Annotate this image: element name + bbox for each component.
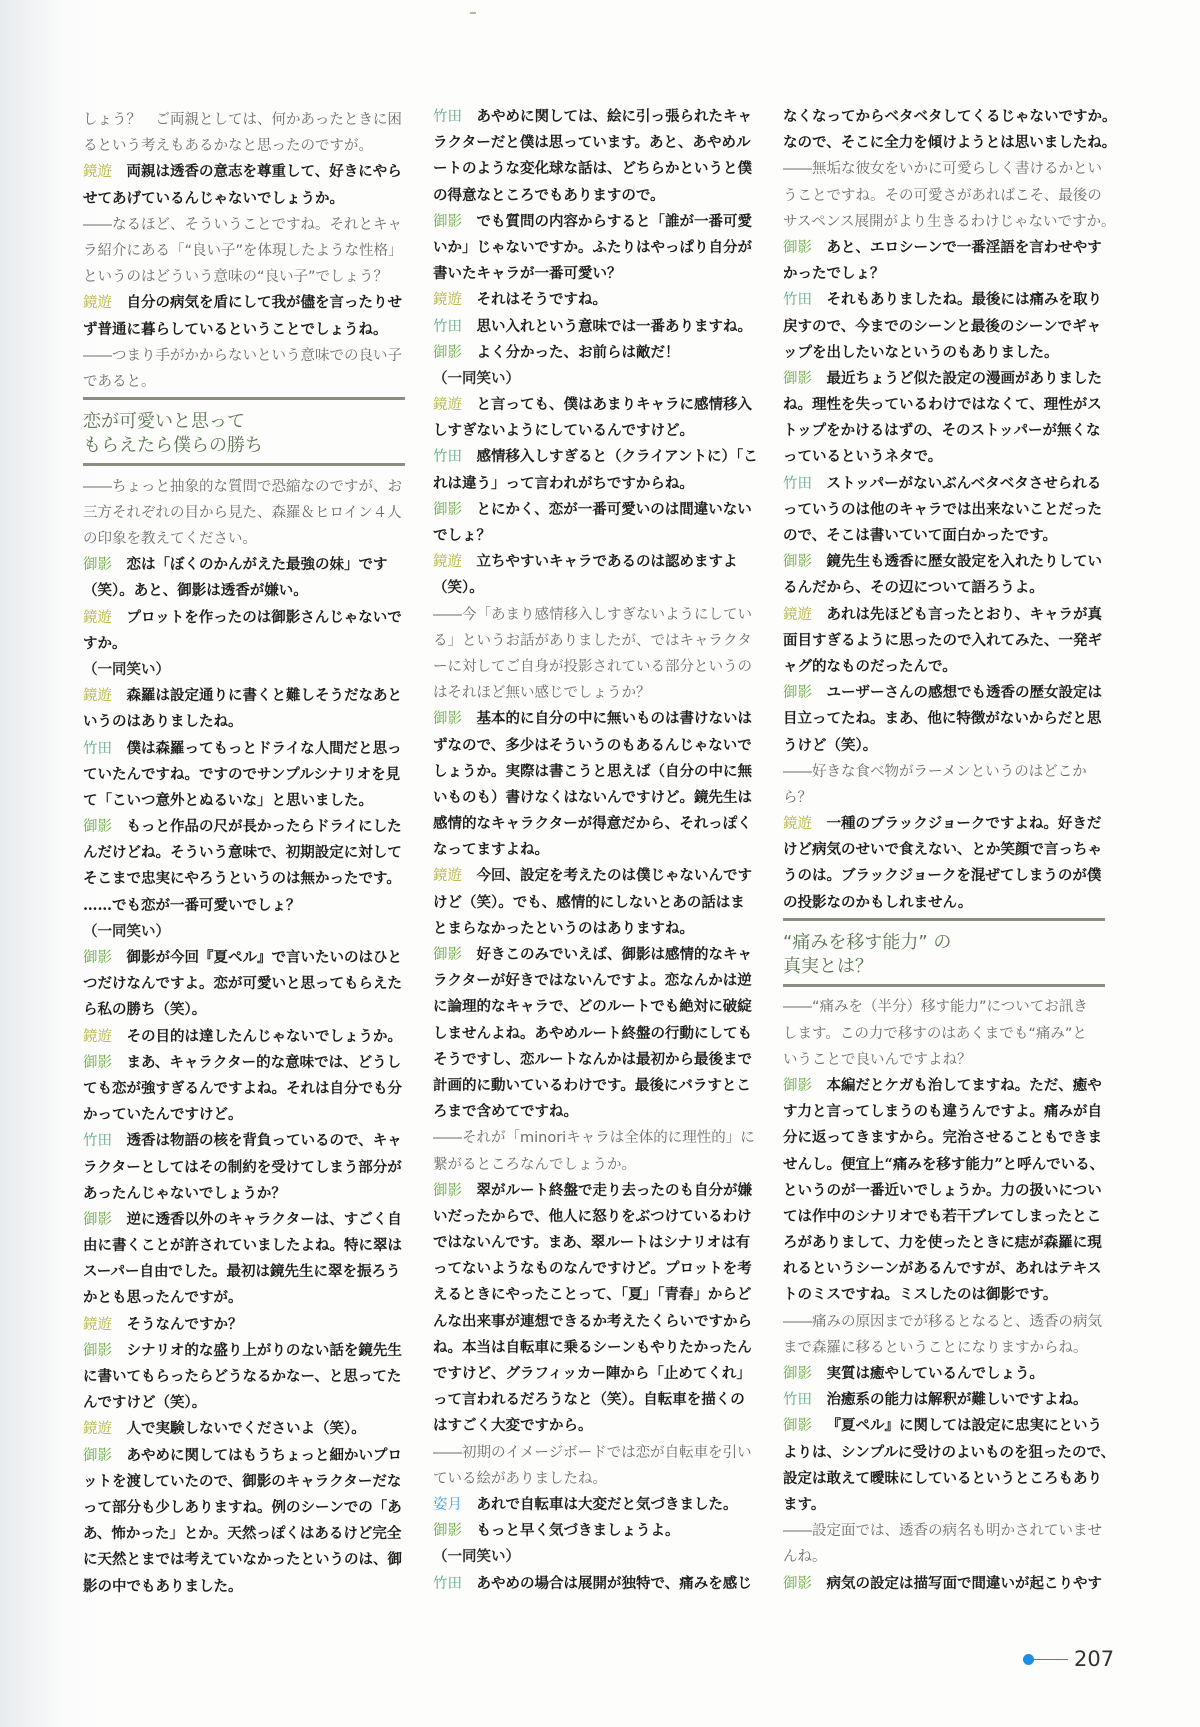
text-line: かったでしょ？ bbox=[783, 261, 1107, 287]
speaker-label: 鏡遊 bbox=[783, 607, 812, 623]
text-line: 鏡遊あれは先ほども言ったとおり、キャラが真 bbox=[783, 602, 1107, 628]
text-line: はそれほど無い感じでしょうか？ bbox=[433, 680, 757, 706]
text-line: んですけど（笑）。 bbox=[83, 1390, 407, 1416]
speaker-remark: 竹田それもありましたね。最後には痛みを取り戻すので、今までのシーンと最後のシーン… bbox=[783, 287, 1107, 366]
line-text: （笑）。あと、御影は透香が嫌い。 bbox=[83, 582, 308, 599]
text-line: 御影実質は癒やしているんでしょう。 bbox=[783, 1361, 1107, 1387]
text-line: 竹田あやめに関しては、絵に引っ張られたキャ bbox=[433, 104, 757, 130]
text-line: そうですし、恋ルートなんかは最初から最後まで bbox=[433, 1047, 757, 1073]
line-text: ね。本当は自転車に乗るシーンもやりたかったん bbox=[433, 1339, 752, 1356]
speaker-remark: 御影まあ、キャラクター的な意味では、どうしても恋が強すぎるんですよね。それは自分… bbox=[83, 1050, 407, 1129]
speaker-label: 御影 bbox=[783, 1366, 812, 1382]
line-text: 三方それぞれの目から見た、森羅＆ヒロイン４人 bbox=[83, 505, 402, 521]
line-text: っていうのは他のキャラでは出来ないことだった bbox=[783, 501, 1102, 518]
text-line: せてあげているんじゃないでしょうか。 bbox=[83, 186, 407, 212]
line-text: っているというネタで。 bbox=[783, 448, 942, 465]
text-line: ても恋が強すぎるんですよね。それは自分でも分 bbox=[83, 1076, 407, 1102]
text-line: っていうのは他のキャラでは出来ないことだった bbox=[783, 497, 1107, 523]
speaker-label: 竹田 bbox=[83, 741, 112, 757]
interviewer-question: ――それが「minoriキャラは全体的に理性的」に繋がるところなんでしょうか。 bbox=[433, 1125, 757, 1177]
line-text: あったんじゃないでしょうか？ bbox=[83, 1185, 286, 1202]
speaker-label: 鏡遊 bbox=[783, 816, 812, 832]
speaker-label: 鏡遊 bbox=[433, 397, 462, 413]
section-rule-bottom bbox=[83, 463, 405, 466]
text-line: 御影基本的に自分の中に無いものは書けないは bbox=[433, 706, 757, 732]
text-line: 鏡遊人で実験しないでくださいよ（笑）。 bbox=[83, 1416, 407, 1442]
line-text: そうなんですか？ bbox=[127, 1316, 243, 1333]
speaker-remark: 御影御影が今回『夏ペル』で言いたいのはひとつだけなんですよ。恋が可愛いと思っても… bbox=[83, 945, 407, 1024]
text-line: 鏡遊プロットを作ったのは御影さんじゃないで bbox=[83, 605, 407, 631]
line-text: します。この力で移すのはあくまでも“痛み”と bbox=[783, 1026, 1087, 1042]
line-text: 透香は物語の核を背負っているので、キャ bbox=[127, 1132, 402, 1149]
text-line: ートのような変化球な話は、どちらかというと僕 bbox=[433, 156, 757, 182]
line-text: ――設定面では、透香の病名も明かされていませ bbox=[783, 1523, 1102, 1539]
line-text: もっと早く気づきましょうよ。 bbox=[477, 1522, 680, 1539]
line-text: ――好きな食べ物がラーメンというのはどこか bbox=[783, 764, 1087, 780]
text-line: って言われるだろうなと（笑）。自転車を描くの bbox=[433, 1387, 757, 1413]
text-line: いものも）書けなくはないんですけど。鏡先生は bbox=[433, 785, 757, 811]
speaker-remark: 御影本編だとケガも治してますね。ただ、癒やす力と言ってしまうのも違うんですよ。痛… bbox=[783, 1073, 1107, 1309]
text-line: 御影まあ、キャラクター的な意味では、どうし bbox=[83, 1050, 407, 1076]
line-text: 病気の設定は描写面で間違いが起こりやす bbox=[827, 1575, 1103, 1592]
speaker-label: 御影 bbox=[83, 819, 112, 835]
speaker-remark: 竹田僕は森羅ってもっとドライな人間だと思っていたんですね。ですのでサンプルシナリ… bbox=[83, 736, 407, 815]
line-text: 繋がるところなんでしょうか。 bbox=[433, 1157, 636, 1173]
speaker-remark: 御影『夏ペル』に関しては設定に忠実にというよりは、シンプルに受けのよいものを狙っ… bbox=[783, 1413, 1107, 1518]
text-line: ずなので、多少はそういうのもあるんじゃないで bbox=[433, 733, 757, 759]
interviewer-question: ――今「あまり感情移入しすぎないようにしている」というお話がありましたが、ではキ… bbox=[433, 602, 757, 707]
line-text: 一種のブラックジョークですよね。好きだ bbox=[827, 815, 1102, 832]
text-line: 御影本編だとケガも治してますね。ただ、癒や bbox=[783, 1073, 1107, 1099]
speaker-remark: 御影シナリオ的な盛り上がりのない話を鏡先生に書いてもらったらどうなるかなー、と思… bbox=[83, 1338, 407, 1417]
interviewer-question: ――ちょっと抽象的な質問で恐縮なのですが、お三方それぞれの目から見た、森羅＆ヒロ… bbox=[83, 474, 407, 553]
speaker-remark: 御影恋は「ぼくのかんがえた最強の妹」です（笑）。あと、御影は透香が嫌い。 bbox=[83, 552, 407, 604]
line-text: かったでしょ？ bbox=[783, 265, 885, 282]
line-text: ットを渡していたので、御影のキャラクターだな bbox=[83, 1473, 401, 1490]
line-text: ってないようなものなんですけど。プロットを考 bbox=[433, 1260, 752, 1277]
line-text: んですけど（笑）。 bbox=[83, 1394, 206, 1411]
text-line: ャグ的なものだったんで。 bbox=[783, 654, 1107, 680]
text-line: なってますよね。 bbox=[433, 837, 757, 863]
speaker-remark: 御影よく分かった、お前らは敵だ！ bbox=[433, 340, 757, 366]
line-text: いものも）書けなくはないんですけど。鏡先生は bbox=[433, 789, 752, 806]
line-text: に天然とまでは考えていなかったというのは、御 bbox=[83, 1551, 402, 1568]
section-heading: “痛みを移す能力” の真実とは？ bbox=[783, 931, 951, 979]
speaker-label: 竹田 bbox=[433, 109, 462, 125]
text-line: ――設定面では、透香の病名も明かされていませ bbox=[783, 1518, 1107, 1544]
interviewer-question: ――設定面では、透香の病名も明かされていませんね。 bbox=[783, 1518, 1107, 1570]
text-column-3: なくなってからベタベタしてくるじゃないですか。なので、そこに全力を傾けようとは思… bbox=[783, 104, 1107, 1597]
text-line: ――初期のイメージボードでは恋が自転車を引い bbox=[433, 1440, 757, 1466]
text-line: ――好きな食べ物がラーメンというのはどこか bbox=[783, 759, 1107, 785]
speaker-remark: 御影もっと作品の尺が長かったらドライにしたんだけどね。そういう意味で、初期設定に… bbox=[83, 814, 407, 919]
text-line: つだけなんですよ。恋が可愛いと思ってもらえた bbox=[83, 971, 407, 997]
text-line: 御影あやめに関してはもうちょっと細かいプロ bbox=[83, 1443, 407, 1469]
text-line: ――痛みの原因までが移るとなると、透香の病気 bbox=[783, 1309, 1107, 1335]
line-text: あれは先ほども言ったとおり、キャラが真 bbox=[827, 606, 1103, 623]
text-line: 御影でも質問の内容からすると「誰が一番可愛 bbox=[433, 209, 757, 235]
line-text: ――ちょっと抽象的な質問で恐縮なのですが、お bbox=[83, 479, 402, 495]
page-number: 207 bbox=[1074, 1646, 1114, 1672]
line-text: の得意なところでもありますので。 bbox=[433, 187, 665, 204]
text-line: 竹田あやめの場合は展開が独特で、痛みを感じ bbox=[433, 1571, 757, 1597]
line-text: 好きこのみでいえば、御影は感情的なキャ bbox=[477, 946, 753, 963]
line-text: と言っても、僕はあまりキャラに感情移入 bbox=[477, 396, 753, 413]
speaker-remark: なくなってからベタベタしてくるじゃないですか。なので、そこに全力を傾けようとは思… bbox=[783, 104, 1107, 156]
text-line: ――無垢な彼女をいかに可愛らしく書けるかとい bbox=[783, 156, 1107, 182]
line-text: プロットを作ったのは御影さんじゃないで bbox=[127, 609, 402, 626]
text-line: ……でも恋が一番可愛いでしょ？ bbox=[83, 893, 407, 919]
text-line: しょうか。実際は書こうと思えば（自分の中に無 bbox=[433, 759, 757, 785]
speaker-remark: 竹田思い入れという意味では一番ありますね。 bbox=[433, 314, 757, 340]
text-line: 御影あと、エロシーンで一番淫語を言わせやす bbox=[783, 235, 1107, 261]
line-text: ろがありまして、力を使ったときに痣が森羅に現 bbox=[783, 1234, 1102, 1251]
line-text: 思い入れという意味では一番ありますね。 bbox=[477, 318, 753, 335]
speaker-remark: 御影とにかく、恋が一番可愛いのは間違いないでしょ？ bbox=[433, 497, 757, 549]
text-line: ら私の勝ち（笑）。 bbox=[83, 997, 407, 1023]
speaker-label: 竹田 bbox=[433, 449, 462, 465]
stage-direction: （一同笑い） bbox=[433, 1544, 757, 1570]
text-line: 設定は敢えて曖昧にしているというところもあり bbox=[783, 1466, 1107, 1492]
line-text: ートのような変化球な話は、どちらかというと僕 bbox=[433, 160, 752, 177]
speaker-label: 御影 bbox=[433, 947, 462, 963]
text-line: んね。 bbox=[783, 1544, 1107, 1570]
speaker-label: 御影 bbox=[433, 1523, 462, 1539]
text-line: 御影『夏ペル』に関しては設定に忠実にという bbox=[783, 1413, 1107, 1439]
line-text: す力と言ってしまうのも違うんですよ。痛みが自 bbox=[783, 1103, 1102, 1120]
line-text: うけど（笑）。 bbox=[783, 737, 877, 754]
line-text: ます。 bbox=[783, 1496, 825, 1513]
speaker-remark: 鏡遊それはそうですね。 bbox=[433, 287, 757, 313]
interviewer-question: ――“痛みを（半分）移す能力”についてお訊きします。この力で移すのはあくまでも“… bbox=[783, 994, 1107, 1073]
line-text: の印象を教えてください。 bbox=[83, 531, 257, 547]
text-line: 書いたキャラが一番可愛い？ bbox=[433, 261, 757, 287]
text-line: ――ちょっと抽象的な質問で恐縮なのですが、お bbox=[83, 474, 407, 500]
line-text: に論理的なキャラで、どのルートでも絶対に破綻 bbox=[433, 998, 752, 1015]
speaker-label: 御影 bbox=[433, 502, 462, 518]
text-line: そこまで忠実にやろうというのは無かったです。 bbox=[83, 866, 407, 892]
text-line: あ、怖かった」とか。天然っぽくはあるけど完全 bbox=[83, 1521, 407, 1547]
text-line: 姿月あれで自転車は大変だと気づきました。 bbox=[433, 1492, 757, 1518]
speaker-label: 鏡遊 bbox=[433, 868, 462, 884]
text-line: します。この力で移すのはあくまでも“痛み”と bbox=[783, 1021, 1107, 1047]
line-text: とまらなかったというのはありますね。 bbox=[433, 920, 694, 937]
line-text: しませんよね。あやめルート終盤の行動にしても bbox=[433, 1025, 752, 1042]
section-heading-block: 恋が可愛いと思ってもらえたら僕らの勝ち bbox=[83, 395, 407, 474]
line-text: あ、怖かった」とか。天然っぽくはあるけど完全 bbox=[83, 1525, 401, 1542]
text-line: ――今「あまり感情移入しすぎないようにしてい bbox=[433, 602, 757, 628]
speaker-label: 御影 bbox=[783, 1078, 812, 1094]
text-line: よりは、シンプルに受けのよいものを狙ったので、 bbox=[783, 1440, 1107, 1466]
line-text: 恋は「ぼくのかんがえた最強の妹」です bbox=[127, 556, 388, 573]
text-line: いか」じゃないですか。ふたりはやっぱり自分が bbox=[433, 235, 757, 261]
line-text: けど（笑）。でも、感情的にしないとあの話はま bbox=[433, 894, 745, 911]
text-line: 竹田思い入れという意味では一番ありますね。 bbox=[433, 314, 757, 340]
text-line: けど（笑）。でも、感情的にしないとあの話はま bbox=[433, 890, 757, 916]
line-text: いか」じゃないですか。ふたりはやっぱり自分が bbox=[433, 239, 752, 256]
line-text: ーに対してご自身が投影されている部分というの bbox=[433, 659, 752, 675]
text-line: 繋がるところなんでしょうか。 bbox=[433, 1152, 757, 1178]
text-line: に書いてもらったらどうなるかなー、と思ってた bbox=[83, 1364, 407, 1390]
line-text: なってますよね。 bbox=[433, 841, 549, 858]
speaker-remark: 竹田感情移入しすぎると（クライアントに）「これは違う」って言われがちですからね。 bbox=[433, 444, 757, 496]
line-text: 感情移入しすぎると（クライアントに）「こ bbox=[477, 448, 758, 465]
speaker-label: 姿月 bbox=[433, 1497, 462, 1513]
line-text: いだったからで、他人に怒りをぶつけているわけ bbox=[433, 1208, 752, 1225]
line-text: ラ紹介にある「“良い子”を体現したような性格」 bbox=[83, 243, 403, 259]
line-text: それもありましたね。最後には痛みを取り bbox=[827, 291, 1103, 308]
speaker-remark: 竹田治癒系の能力は解釈が難しいですよね。 bbox=[783, 1387, 1107, 1413]
line-text: つだけなんですよ。恋が可愛いと思ってもらえた bbox=[83, 975, 402, 992]
line-text: トのミスですね。ミスしたのは御影です。 bbox=[783, 1286, 1057, 1303]
speaker-label: 御影 bbox=[433, 345, 462, 361]
speaker-remark: 御影鏡先生も透香に歴女設定を入れたりしているんだから、その辺について語ろうよ。 bbox=[783, 549, 1107, 601]
speaker-label: 御影 bbox=[83, 950, 112, 966]
line-text: 『夏ペル』に関しては設定に忠実にという bbox=[827, 1417, 1103, 1434]
line-text: んな出来事が連想できるか考えたくらいですから bbox=[433, 1313, 752, 1330]
line-text: せんし。便宜上“痛みを移す能力”と呼んでいる、 bbox=[783, 1156, 1104, 1173]
line-text: なので、そこに全力を傾けようとは思いましたね。 bbox=[783, 134, 1116, 151]
text-line: あったんじゃないでしょうか？ bbox=[83, 1181, 407, 1207]
line-text: ――痛みの原因までが移るとなると、透香の病気 bbox=[783, 1314, 1102, 1330]
line-text: れは違う」って言われがちですからね。 bbox=[433, 475, 694, 492]
line-text: （一同笑い） bbox=[83, 923, 170, 940]
line-text: 書いたキャラが一番可愛い？ bbox=[433, 265, 622, 282]
line-text: スーパー自由でした。最初は鏡先生に翠を振ろう bbox=[83, 1263, 401, 1280]
speaker-label: 御影 bbox=[83, 1055, 112, 1071]
speaker-label: 御影 bbox=[783, 1576, 812, 1592]
speaker-remark: 鏡遊今回、設定を考えたのは僕じゃないんですけど（笑）。でも、感情的にしないとあの… bbox=[433, 863, 757, 942]
line-text: ね。理性を失っているわけではなくて、理性がス bbox=[783, 396, 1102, 413]
line-text: 逆に透香以外のキャラクターは、すごく自 bbox=[127, 1211, 402, 1228]
stage-direction: （一同笑い） bbox=[83, 919, 407, 945]
speaker-label: 鏡遊 bbox=[433, 292, 462, 308]
page-marker-line bbox=[1030, 1659, 1068, 1661]
line-text: まで森羅に移るということになりますからね。 bbox=[783, 1340, 1088, 1356]
text-line: 御影病気の設定は描写面で間違いが起こりやす bbox=[783, 1571, 1107, 1597]
line-text: うのは。ブラックジョークを混ぜてしまうのが僕 bbox=[783, 867, 1101, 884]
line-text: んね。 bbox=[783, 1549, 827, 1565]
line-text: でも質問の内容からすると「誰が一番可愛 bbox=[477, 213, 753, 230]
speaker-remark: 御影あやめに関してはもうちょっと細かいプロットを渡していたので、御影のキャラクタ… bbox=[83, 1443, 407, 1600]
speaker-remark: 御影翠がルート終盤で走り去ったのも自分が嫌いだったからで、他人に怒りをぶつけてい… bbox=[433, 1178, 757, 1440]
text-line: の投影なのかもしれません。 bbox=[783, 890, 1107, 916]
speaker-remark: 御影もっと早く気づきましょうよ。 bbox=[433, 1518, 757, 1544]
section-heading: 恋が可愛いと思ってもらえたら僕らの勝ち bbox=[83, 410, 263, 458]
speaker-label: 鏡遊 bbox=[83, 1317, 112, 1333]
line-text: 計画的に動いているわけです。最後にバラすとこ bbox=[433, 1077, 751, 1094]
text-line: んな出来事が連想できるか考えたくらいですから bbox=[433, 1309, 757, 1335]
line-text: ら私の勝ち（笑）。 bbox=[83, 1001, 206, 1018]
text-line: 御影ユーザーさんの感想でも透香の歴女設定は bbox=[783, 680, 1107, 706]
interviewer-question: ――なるほど、そういうことですね。それとキャラ紹介にある「“良い子”を体現したよ… bbox=[83, 212, 407, 291]
line-text: いうのはありましたね。 bbox=[83, 713, 243, 730]
stage-direction: （一同笑い） bbox=[433, 366, 757, 392]
line-text: ――今「あまり感情移入しすぎないようにしてい bbox=[433, 607, 752, 623]
text-line: ラクターとしてはその制約を受けてしまう部分が bbox=[83, 1155, 407, 1181]
line-text: かっていたんですけど。 bbox=[83, 1106, 243, 1123]
text-line: 鏡遊森羅は設定通りに書くと難しそうだなあと bbox=[83, 683, 407, 709]
text-line: んだけどね。そういう意味で、初期設定に対して bbox=[83, 840, 407, 866]
speaker-remark: 鏡遊立ちやすいキャラであるのは認めますよ（笑）。 bbox=[433, 549, 757, 601]
text-line: 御影よく分かった、お前らは敵だ！ bbox=[433, 340, 757, 366]
speaker-label: 竹田 bbox=[783, 292, 812, 308]
line-text: ずなので、多少はそういうのもあるんじゃないで bbox=[433, 737, 752, 754]
top-registration-mark bbox=[470, 12, 476, 14]
speaker-label: 竹田 bbox=[83, 1133, 112, 1149]
speaker-label: 竹田 bbox=[433, 319, 462, 335]
text-line: るという考えもあるかなと思ったのですが。 bbox=[83, 133, 407, 159]
speaker-label: 鏡遊 bbox=[83, 295, 112, 311]
text-line: （一同笑い） bbox=[83, 919, 407, 945]
line-text: 翠がルート終盤で走り去ったのも自分が嫌 bbox=[477, 1182, 753, 1199]
line-text: そこまで忠実にやろうというのは無かったです。 bbox=[83, 870, 401, 887]
line-text: 面目すぎるように思ったので入れてみた、一発ギ bbox=[783, 632, 1102, 649]
text-line: ラクターだと僕は思っています。あと、あやめル bbox=[433, 130, 757, 156]
line-text: （笑）。 bbox=[433, 579, 484, 596]
speaker-label: 御影 bbox=[83, 1343, 112, 1359]
speaker-label: 御影 bbox=[433, 214, 462, 230]
line-text: 僕は森羅ってもっとドライな人間だと思っ bbox=[127, 740, 402, 757]
text-line: えるときにやったことって、「夏」「青春」からど bbox=[433, 1282, 757, 1308]
speaker-label: 御影 bbox=[83, 557, 112, 573]
section-heading-line: 恋が可愛いと思って bbox=[83, 410, 263, 434]
line-text: るんだから、その辺について語ろうよ。 bbox=[783, 579, 1044, 596]
text-line: 御影好きこのみでいえば、御影は感情的なキャ bbox=[433, 942, 757, 968]
stage-direction: （一同笑い） bbox=[83, 657, 407, 683]
text-line: 目立ってたね。まあ、他に特徴がないからだと思 bbox=[783, 706, 1107, 732]
line-text: ――それが「minoriキャラは全体的に理性的」に bbox=[433, 1130, 755, 1146]
text-line: 竹田それもありましたね。最後には痛みを取り bbox=[783, 287, 1107, 313]
text-line: 由に書くことが許されていましたよね。特に翠は bbox=[83, 1233, 407, 1259]
text-line: ます。 bbox=[783, 1492, 1107, 1518]
text-line: スーパー自由でした。最初は鏡先生に翠を振ろう bbox=[83, 1259, 407, 1285]
text-line: かっていたんですけど。 bbox=[83, 1102, 407, 1128]
line-text: まあ、キャラクター的な意味では、どうし bbox=[127, 1054, 402, 1071]
section-heading-line: もらえたら僕らの勝ち bbox=[83, 434, 263, 458]
text-line: であると。 bbox=[83, 369, 407, 395]
speaker-remark: 御影病気の設定は描写面で間違いが起こりやす bbox=[783, 1571, 1107, 1597]
line-text: というのが一番近いでしょうか。力の扱いについ bbox=[783, 1182, 1102, 1199]
text-line: （笑）。 bbox=[433, 575, 757, 601]
text-line: しすぎないようにしているんですけど。 bbox=[433, 418, 757, 444]
line-text: 本編だとケガも治してますね。ただ、癒や bbox=[827, 1077, 1102, 1094]
line-text: サスペンス展開がより生きるわけじゃないですか。 bbox=[783, 214, 1115, 230]
interviewer-question: ――無垢な彼女をいかに可愛らしく書けるかということですね。その可愛さがあればこそ… bbox=[783, 156, 1107, 235]
line-text: 実質は癒やしているんでしょう。 bbox=[827, 1365, 1045, 1382]
text-line: いうことで良いんですよね？ bbox=[783, 1047, 1107, 1073]
line-text: る」というお話がありましたが、ではキャラクタ bbox=[433, 633, 752, 649]
text-line: の印象を教えてください。 bbox=[83, 526, 407, 552]
line-text: ている絵がありましたね。 bbox=[433, 1471, 607, 1487]
text-line: 鏡遊自分の病気を盾にして我が儘を言ったりせ bbox=[83, 290, 407, 316]
text-line: けど病気のせいで食えない、とか笑顔で言っちゃ bbox=[783, 837, 1107, 863]
line-text: 立ちやすいキャラであるのは認めますよ bbox=[477, 553, 738, 570]
line-text: というのはどういう意味の“良い子”でしょう？ bbox=[83, 269, 388, 285]
text-line: ラ紹介にある「“良い子”を体現したような性格」 bbox=[83, 238, 407, 264]
section-heading-line: “痛みを移す能力” の bbox=[783, 931, 951, 955]
text-line: 御影とにかく、恋が一番可愛いのは間違いない bbox=[433, 497, 757, 523]
line-text: よく分かった、お前らは敵だ！ bbox=[477, 344, 680, 361]
line-text: 由に書くことが許されていましたよね。特に翠は bbox=[83, 1237, 402, 1254]
line-text: 森羅は設定通りに書くと難しそうだなあと bbox=[127, 687, 403, 704]
text-line: ので、そこは書いていて面白かったです。 bbox=[783, 523, 1107, 549]
line-text: そうですし、恋ルートなんかは最初から最後まで bbox=[433, 1051, 752, 1068]
text-column-2: 竹田あやめに関しては、絵に引っ張られたキャラクターだと僕は思っています。あと、あ… bbox=[433, 104, 757, 1597]
line-text: ラクターが好きではないんですよ。恋なんかは逆 bbox=[433, 972, 752, 989]
speaker-label: 御影 bbox=[783, 554, 812, 570]
line-text: でしょ？ bbox=[433, 527, 491, 544]
speaker-label: 鏡遊 bbox=[83, 164, 112, 180]
text-line: というのが一番近いでしょうか。力の扱いについ bbox=[783, 1178, 1107, 1204]
line-text: であると。 bbox=[83, 374, 156, 390]
section-heading-line: 真実とは？ bbox=[783, 955, 951, 979]
text-line: るんだから、その辺について語ろうよ。 bbox=[783, 575, 1107, 601]
text-line: 竹田ストッパーがないぶんベタベタさせられる bbox=[783, 471, 1107, 497]
line-text: 基本的に自分の中に無いものは書けないは bbox=[477, 710, 753, 727]
text-line: ね。本当は自転車に乗るシーンもやりたかったん bbox=[433, 1335, 757, 1361]
text-line: ては作中のシナリオでも若干ブレてしまったとこ bbox=[783, 1204, 1107, 1230]
line-text: ですけど、グラフィッカー陣から「止めてくれ」 bbox=[433, 1365, 751, 1382]
text-line: す力と言ってしまうのも違うんですよ。痛みが自 bbox=[783, 1099, 1107, 1125]
text-line: 御影もっと作品の尺が長かったらドライにした bbox=[83, 814, 407, 840]
line-text: 戻すので、今までのシーンと最後のシーンでギャ bbox=[783, 318, 1101, 335]
line-text: 両親は透香の意志を尊重して、好きにやら bbox=[127, 163, 402, 180]
line-text: ――“痛みを（半分）移す能力”についてお訊き bbox=[783, 999, 1088, 1015]
text-line: 鏡遊そうなんですか？ bbox=[83, 1312, 407, 1338]
text-line: っているというネタで。 bbox=[783, 444, 1107, 470]
text-line: 影の中でもありました。 bbox=[83, 1574, 407, 1600]
line-text: とにかく、恋が一番可愛いのは間違いない bbox=[477, 501, 752, 518]
text-line: とまらなかったというのはありますね。 bbox=[433, 916, 757, 942]
line-text: んだけどね。そういう意味で、初期設定に対して bbox=[83, 844, 402, 861]
line-text: なくなってからベタベタしてくるじゃないですか。 bbox=[783, 108, 1117, 125]
text-line: というのはどういう意味の“良い子”でしょう？ bbox=[83, 264, 407, 290]
speaker-label: 鏡遊 bbox=[433, 554, 462, 570]
line-text: あと、エロシーンで一番淫語を言わせやす bbox=[827, 239, 1102, 256]
line-text: って部分も少しありますね。例のシーンでの「あ bbox=[83, 1499, 402, 1516]
text-line: サスペンス展開がより生きるわけじゃないですか。 bbox=[783, 209, 1107, 235]
page-number-marker: 207 bbox=[1022, 1646, 1122, 1672]
text-line: はすごく大変ですから。 bbox=[433, 1413, 757, 1439]
text-line: る」というお話がありましたが、ではキャラクタ bbox=[433, 628, 757, 654]
line-text: ラクターとしてはその制約を受けてしまう部分が bbox=[83, 1159, 402, 1176]
speaker-label: 御影 bbox=[783, 371, 812, 387]
text-line: 鏡遊両親は透香の意志を尊重して、好きにやら bbox=[83, 159, 407, 185]
line-text: ても恋が強すぎるんですよね。それは自分でも分 bbox=[83, 1080, 402, 1097]
text-line: れるというシーンがあるんですが、あれはテキス bbox=[783, 1256, 1107, 1282]
speaker-label: 竹田 bbox=[783, 1392, 812, 1408]
text-line: 御影恋は「ぼくのかんがえた最強の妹」です bbox=[83, 552, 407, 578]
line-text: はそれほど無い感じでしょうか？ bbox=[433, 685, 651, 701]
line-text: ――なるほど、そういうことですね。それとキャ bbox=[83, 217, 402, 233]
line-text: ――初期のイメージボードでは恋が自転車を引い bbox=[433, 1445, 752, 1461]
line-text: あれで自転車は大変だと気づきました。 bbox=[477, 1496, 738, 1513]
interviewer-question: しょう？ ご両親としては、何かあったときに困るという考えもあるかなと思ったのです… bbox=[83, 107, 407, 159]
text-line: ――“痛みを（半分）移す能力”についてお訊き bbox=[783, 994, 1107, 1020]
text-line: ら？ bbox=[783, 785, 1107, 811]
section-rule-top bbox=[83, 397, 405, 400]
line-text: ラクターだと僕は思っています。あと、あやめル bbox=[433, 134, 751, 151]
text-line: うことですね。その可愛さがあればこそ、最後の bbox=[783, 183, 1107, 209]
line-text: 感情的なキャラクターが得意だから、それっぽく bbox=[433, 815, 752, 832]
text-line: （笑）。あと、御影は透香が嫌い。 bbox=[83, 578, 407, 604]
speaker-label: 鏡遊 bbox=[83, 610, 112, 626]
text-column-1: しょう？ ご両親としては、何かあったときに困るという考えもあるかなと思ったのです… bbox=[83, 107, 407, 1600]
text-line: 鏡遊と言っても、僕はあまりキャラに感情移入 bbox=[433, 392, 757, 418]
speaker-label: 御影 bbox=[83, 1448, 112, 1464]
line-text: 自分の病気を盾にして我が儘を言ったりせ bbox=[127, 294, 403, 311]
